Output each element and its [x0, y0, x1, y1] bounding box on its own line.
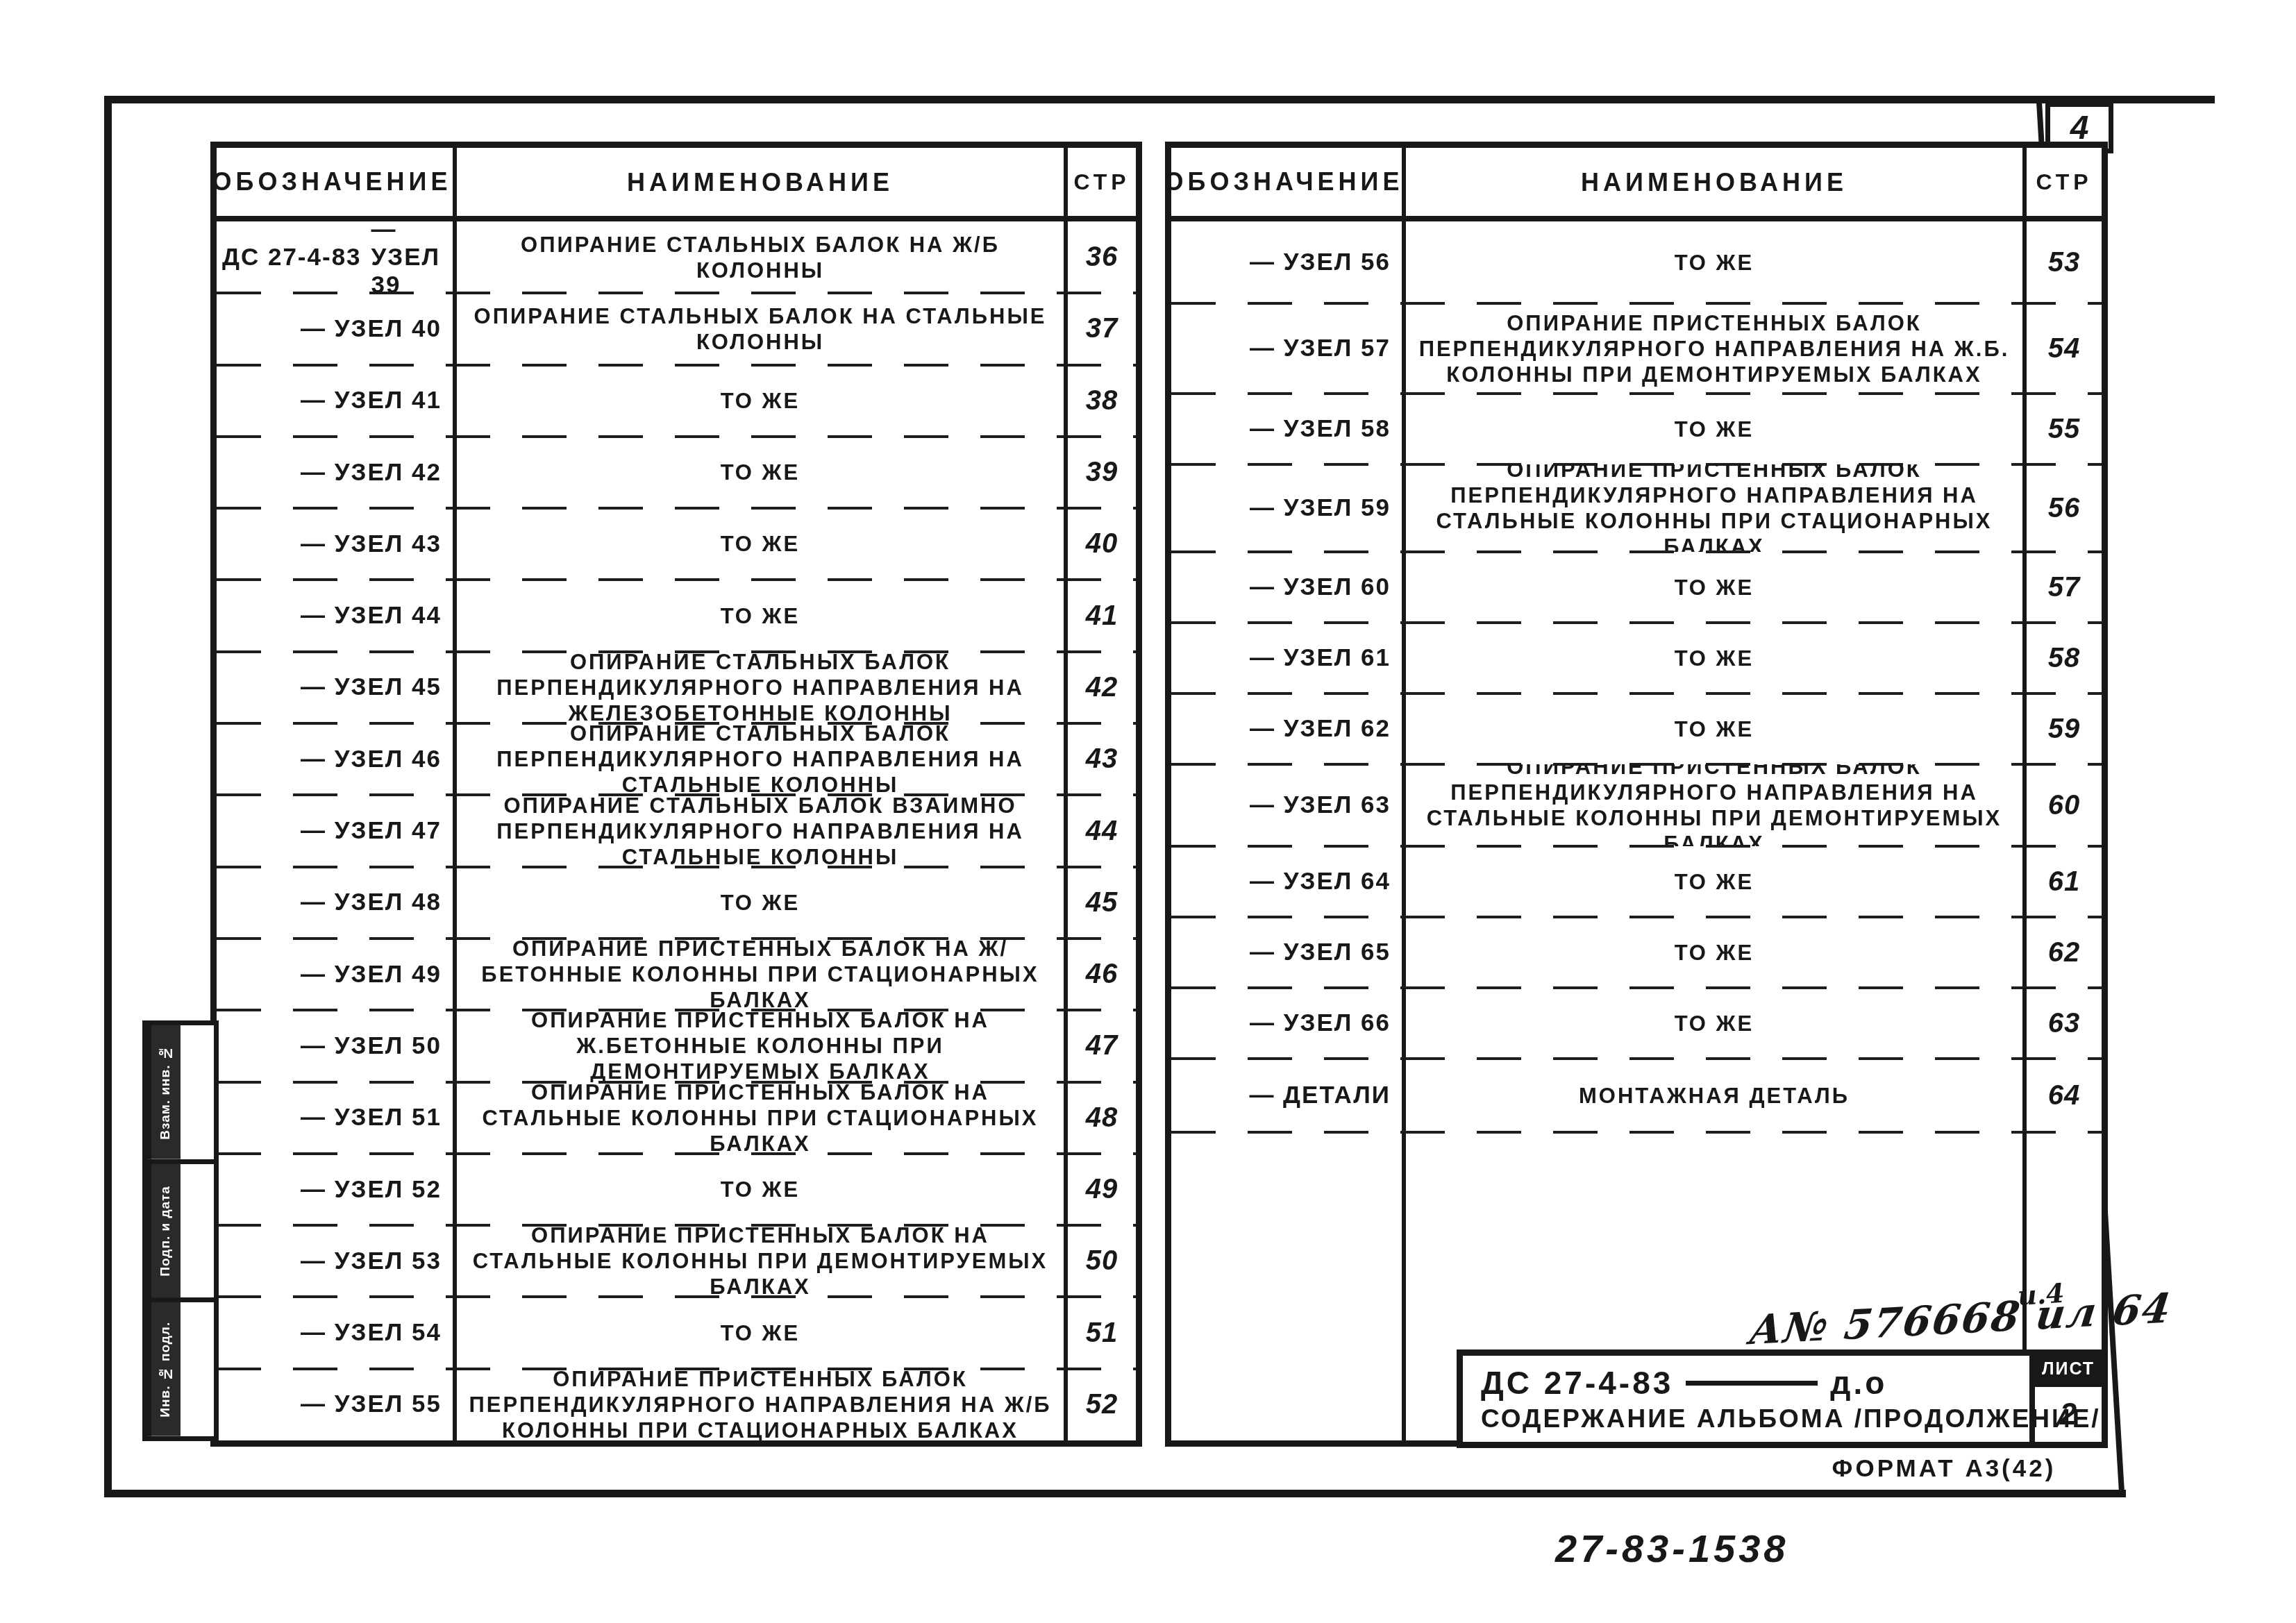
- title-block-main: ДС 27-4-83 д.о СОДЕРЖАНИЕ АЛЬБОМА /ПРОДО…: [1463, 1356, 2029, 1442]
- table-row: — Узел 51Опирание пристенных балок на ст…: [217, 1082, 1136, 1154]
- table-row: — Узел 56то же53: [1171, 221, 2102, 303]
- designation-cell: — Детали: [1171, 1059, 1406, 1132]
- table-row: — Узел 66то же63: [1171, 988, 2102, 1059]
- side-stamp-cell: Подп. и дата: [147, 1164, 214, 1303]
- node-designation: — Узел 55: [301, 1390, 442, 1418]
- name-cell: Опирание пристенных балок перпендикулярн…: [1406, 464, 2027, 552]
- table-row: — Узел 41то же38: [217, 365, 1136, 437]
- designation-cell: — Узел 61: [1171, 623, 1406, 693]
- header-page: СТР: [1068, 148, 1136, 216]
- name-cell: Опирание стальных балок взаимно перпенди…: [457, 795, 1068, 866]
- designation-cell: — Узел 40: [217, 293, 457, 364]
- designation-cell: — Узел 59: [1171, 464, 1406, 552]
- table-row: — Узел 42то же39: [217, 437, 1136, 508]
- table-body: — Узел 56то же53— Узел 57Опирание присте…: [1171, 221, 2102, 1440]
- name-cell: Монтажная деталь: [1406, 1059, 2027, 1132]
- title-block: ДС 27-4-83 д.о СОДЕРЖАНИЕ АЛЬБОМА /ПРОДО…: [1457, 1349, 2108, 1448]
- frame-left-line: [104, 96, 112, 1497]
- node-designation: — Узел 58: [1250, 415, 1391, 443]
- table-row: — Узел 40Опирание стальных балок на стал…: [217, 293, 1136, 364]
- header-name: НАИМЕНОВАНИЕ: [1406, 148, 2027, 216]
- node-designation: — Узел 44: [301, 602, 442, 630]
- contents-table-right: ОБОЗНАЧЕНИЕ НАИМЕНОВАНИЕ СТР — Узел 56то…: [1165, 142, 2108, 1447]
- document-code-suffix: д.о: [1830, 1364, 1887, 1402]
- node-designation: — Узел 45: [301, 673, 442, 701]
- name-cell: то же: [1406, 552, 2027, 623]
- table-row: — Узел 61то же58: [1171, 623, 2102, 693]
- name-cell: то же: [1406, 988, 2027, 1059]
- page-cell: 55: [2027, 394, 2102, 464]
- table-row: — Узел 65то же62: [1171, 917, 2102, 988]
- page-cell: 37: [1068, 293, 1136, 364]
- node-designation: — Узел 65: [1250, 939, 1391, 966]
- name-cell: то же: [1406, 221, 2027, 303]
- table-row: — Узел 58то же55: [1171, 394, 2102, 464]
- page-cell: 41: [1068, 580, 1136, 651]
- name-cell: то же: [457, 580, 1068, 651]
- side-stamp-blank: [181, 1025, 214, 1159]
- node-designation: — Узел 39: [371, 221, 442, 293]
- designation-cell: — Узел 57: [1171, 303, 1406, 394]
- dash-line: [1686, 1381, 1818, 1386]
- table-header: ОБОЗНАЧЕНИЕ НАИМЕНОВАНИЕ СТР: [1171, 148, 2102, 221]
- side-stamp-cell: Взам. инв. №: [147, 1025, 214, 1164]
- node-designation: — Узел 48: [301, 889, 442, 916]
- table-row: — Узел 63Опирание пристенных балок перпе…: [1171, 764, 2102, 846]
- node-designation: — Узел 63: [1250, 791, 1391, 819]
- header-page: СТР: [2027, 148, 2102, 216]
- designation-cell: — Узел 62: [1171, 693, 1406, 764]
- name-cell: Опирание пристенных балок на стальные ко…: [457, 1225, 1068, 1297]
- table-row: — Узел 49Опирание пристенных балок на ж/…: [217, 939, 1136, 1010]
- page-cell: 64: [2027, 1059, 2102, 1132]
- designation-cell: — Узел 44: [217, 580, 457, 651]
- node-designation: — Узел 56: [1250, 249, 1391, 276]
- name-cell: Опирание стальных балок на стальные коло…: [457, 293, 1068, 364]
- name-cell: то же: [457, 1297, 1068, 1368]
- designation-cell: — Узел 58: [1171, 394, 1406, 464]
- table-row: — Узел 48то же45: [217, 867, 1136, 939]
- table-row: — Узел 43то же40: [217, 508, 1136, 580]
- page-cell: 53: [2027, 221, 2102, 303]
- name-cell: то же: [1406, 917, 2027, 988]
- name-cell: Опирание пристенных балок перпендикулярн…: [457, 1369, 1068, 1440]
- node-designation: — Узел 47: [301, 817, 442, 845]
- format-label: ФОРМАТ А3(42): [1819, 1455, 2069, 1483]
- node-designation: — Узел 41: [301, 387, 442, 414]
- side-stamp-label: Подп. и дата: [147, 1164, 181, 1298]
- table-row: — Узел 44то же41: [217, 580, 1136, 651]
- page-cell: 51: [1068, 1297, 1136, 1368]
- table-header: ОБОЗНАЧЕНИЕ НАИМЕНОВАНИЕ СТР: [217, 148, 1136, 221]
- page-cell: 46: [1068, 939, 1136, 1010]
- designation-cell: — Узел 41: [217, 365, 457, 437]
- header-designation: ОБОЗНАЧЕНИЕ: [217, 148, 457, 216]
- page-cell: 42: [1068, 652, 1136, 723]
- side-stamp-label: Взам. инв. №: [147, 1025, 181, 1159]
- designation-cell: — Узел 53: [217, 1225, 457, 1297]
- page-cell: 58: [2027, 623, 2102, 693]
- page-cell: 36: [1068, 221, 1136, 293]
- sheet-number-block: ЛИСТ 2: [2029, 1356, 2102, 1442]
- designation-cell: — Узел 54: [217, 1297, 457, 1368]
- table-body: ДС 27-4-83— Узел 39Опирание стальных бал…: [217, 221, 1136, 1440]
- designation-cell: ДС 27-4-83— Узел 39: [217, 221, 457, 293]
- name-cell: Опирание стальных балок перпендикулярног…: [457, 723, 1068, 795]
- scanned-drawing-sheet: 4 ОБОЗНАЧЕНИЕ НАИМЕНОВАНИЕ СТР ДС 27-4-8…: [0, 0, 2296, 1623]
- table-row: — Узел 52то же49: [217, 1154, 1136, 1225]
- name-cell: Опирание стальных балок перпендикулярног…: [457, 652, 1068, 723]
- name-cell: Опирание пристенных балок перпендикулярн…: [1406, 303, 2027, 394]
- page-cell: 39: [1068, 437, 1136, 508]
- page-cell: 47: [1068, 1010, 1136, 1082]
- designation-cell: — Узел 50: [217, 1010, 457, 1082]
- name-cell: Опирание пристенных балок на ж.бетонные …: [457, 1010, 1068, 1082]
- name-cell: то же: [1406, 693, 2027, 764]
- page-cell: 48: [1068, 1082, 1136, 1154]
- node-designation: — Узел 64: [1250, 868, 1391, 895]
- page-cell: 54: [2027, 303, 2102, 394]
- name-cell: то же: [1406, 846, 2027, 917]
- page-cell: 59: [2027, 693, 2102, 764]
- node-designation: — Узел 46: [301, 746, 442, 773]
- side-stamp-blank: [181, 1302, 214, 1436]
- header-name: НАИМЕНОВАНИЕ: [457, 148, 1068, 216]
- designation-cell: — Узел 66: [1171, 988, 1406, 1059]
- page-cell: 61: [2027, 846, 2102, 917]
- table-row: — Узел 53Опирание пристенных балок на ст…: [217, 1225, 1136, 1297]
- table-row: ДС 27-4-83— Узел 39Опирание стальных бал…: [217, 221, 1136, 293]
- designation-cell: — Узел 65: [1171, 917, 1406, 988]
- empty-cell: [1171, 1132, 1406, 1440]
- node-designation: — Узел 51: [301, 1104, 442, 1132]
- table-row: — Узел 47Опирание стальных балок взаимно…: [217, 795, 1136, 866]
- page-cell: 45: [1068, 867, 1136, 939]
- name-cell: то же: [1406, 623, 2027, 693]
- designation-cell: — Узел 48: [217, 867, 457, 939]
- name-cell: Опирание пристенных балок на стальные ко…: [457, 1082, 1068, 1154]
- designation-cell: — Узел 55: [217, 1369, 457, 1440]
- node-designation: — Узел 66: [1250, 1009, 1391, 1037]
- name-cell: то же: [457, 508, 1068, 580]
- designation-cell: — Узел 42: [217, 437, 457, 508]
- sheet-number: 2: [2035, 1387, 2102, 1442]
- designation-cell: — Узел 43: [217, 508, 457, 580]
- node-designation: — Детали: [1249, 1082, 1391, 1109]
- document-title: СОДЕРЖАНИЕ АЛЬБОМА /ПРОДОЛЖЕНИЕ/: [1481, 1404, 2029, 1433]
- table-row: — Узел 50Опирание пристенных балок на ж.…: [217, 1010, 1136, 1082]
- table-row: — ДеталиМонтажная деталь64: [1171, 1059, 2102, 1132]
- series-code: ДС 27-4-83: [222, 244, 371, 271]
- node-designation: — Узел 57: [1250, 335, 1391, 362]
- node-designation: — Узел 60: [1250, 573, 1391, 601]
- designation-cell: — Узел 47: [217, 795, 457, 866]
- contents-table-left: ОБОЗНАЧЕНИЕ НАИМЕНОВАНИЕ СТР ДС 27-4-83—…: [210, 142, 1142, 1447]
- name-cell: то же: [457, 867, 1068, 939]
- node-designation: — Узел 61: [1250, 644, 1391, 672]
- page-cell: 52: [1068, 1369, 1136, 1440]
- page-cell: 40: [1068, 508, 1136, 580]
- node-designation: — Узел 59: [1250, 494, 1391, 522]
- node-designation: — Узел 43: [301, 530, 442, 558]
- name-cell: Опирание стальных балок на ж/б колонны: [457, 221, 1068, 293]
- table-row: — Узел 60то же57: [1171, 552, 2102, 623]
- document-code-line: ДС 27-4-83 д.о: [1481, 1364, 2029, 1402]
- designation-cell: — Узел 56: [1171, 221, 1406, 303]
- name-cell: то же: [457, 365, 1068, 437]
- table-row: — Узел 62то же59: [1171, 693, 2102, 764]
- table-row: — Узел 59Опирание пристенных балок перпе…: [1171, 464, 2102, 552]
- node-designation: — Узел 42: [301, 459, 442, 487]
- page-cell: 44: [1068, 795, 1136, 866]
- node-designation: — Узел 54: [301, 1319, 442, 1347]
- page-cell: 50: [1068, 1225, 1136, 1297]
- table-row: — Узел 54то же51: [217, 1297, 1136, 1368]
- frame-top-line: [104, 96, 2215, 103]
- designation-cell: — Узел 52: [217, 1154, 457, 1225]
- node-designation: — Узел 62: [1250, 715, 1391, 743]
- node-designation: — Узел 52: [301, 1176, 442, 1204]
- page-cell: 60: [2027, 764, 2102, 846]
- node-designation: — Узел 50: [301, 1032, 442, 1060]
- page-cell: 62: [2027, 917, 2102, 988]
- page-cell: 49: [1068, 1154, 1136, 1225]
- designation-cell: — Узел 64: [1171, 846, 1406, 917]
- table-row: — Узел 46Опирание стальных балок перпенд…: [217, 723, 1136, 795]
- node-designation: — Узел 49: [301, 961, 442, 989]
- name-cell: Опирание пристенных балок на ж/бетонные …: [457, 939, 1068, 1010]
- node-designation: — Узел 53: [301, 1247, 442, 1275]
- page-cell: 56: [2027, 464, 2102, 552]
- page-cell: 43: [1068, 723, 1136, 795]
- side-stamp-cell: Инв. № подл.: [147, 1302, 214, 1436]
- name-cell: Опирание пристенных балок перпендикулярн…: [1406, 764, 2027, 846]
- table-row: — Узел 64то же61: [1171, 846, 2102, 917]
- table-row: — Узел 55Опирание пристенных балок перпе…: [217, 1369, 1136, 1440]
- document-code: ДС 27-4-83: [1481, 1364, 1673, 1402]
- page-cell: 63: [2027, 988, 2102, 1059]
- designation-cell: — Узел 46: [217, 723, 457, 795]
- name-cell: то же: [457, 437, 1068, 508]
- frame-bottom-line: [104, 1490, 2126, 1497]
- page-cell: 57: [2027, 552, 2102, 623]
- name-cell: то же: [457, 1154, 1068, 1225]
- name-cell: то же: [1406, 394, 2027, 464]
- designation-cell: — Узел 49: [217, 939, 457, 1010]
- table-row: — Узел 57Опирание пристенных балок перпе…: [1171, 303, 2102, 394]
- sheet-label: ЛИСТ: [2035, 1356, 2102, 1387]
- designation-cell: — Узел 63: [1171, 764, 1406, 846]
- side-stamp-strip: Взам. инв. № Подп. и дата Инв. № подл.: [142, 1020, 219, 1441]
- header-designation: ОБОЗНАЧЕНИЕ: [1171, 148, 1406, 216]
- side-stamp-blank: [181, 1164, 214, 1298]
- designation-cell: — Узел 51: [217, 1082, 457, 1154]
- document-stamp-number: 27-83-1538: [1555, 1526, 1847, 1571]
- node-designation: — Узел 40: [301, 315, 442, 343]
- table-row: — Узел 45Опирание стальных балок перпенд…: [217, 652, 1136, 723]
- side-stamp-label: Инв. № подл.: [147, 1302, 181, 1436]
- designation-cell: — Узел 60: [1171, 552, 1406, 623]
- handwritten-small-note: и.4: [2017, 1277, 2065, 1312]
- page-cell: 38: [1068, 365, 1136, 437]
- designation-cell: — Узел 45: [217, 652, 457, 723]
